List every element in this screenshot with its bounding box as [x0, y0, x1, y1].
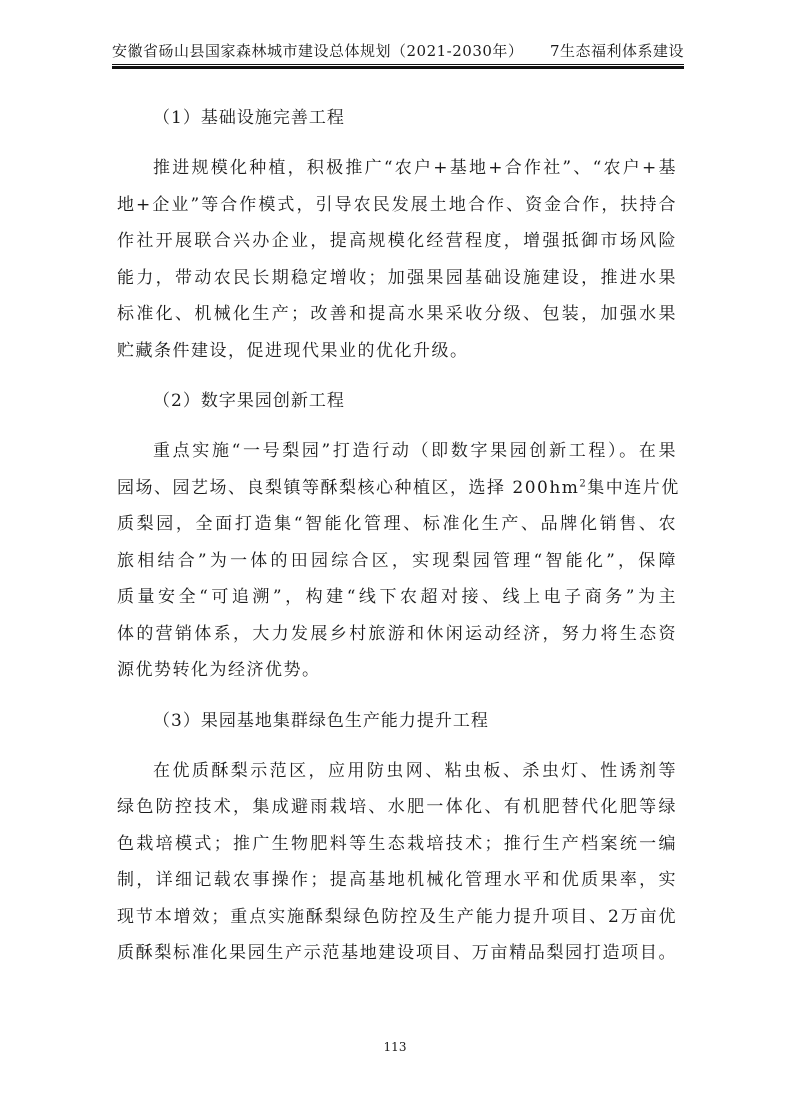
page-number: 113: [0, 1040, 790, 1054]
paragraph-line: 体的营销体系，大力发展乡村旅游和休闲运动经济，努力将生态资: [117, 616, 677, 653]
line-text-tail: 集中连片优: [587, 478, 680, 498]
paragraph-line: 旅相结合”为一体的田园综合区，实现梨园管理“智能化”，保障: [117, 543, 677, 580]
section-paragraph-2: 重点实施“一号梨园”打造行动（即数字果园创新工程）。在果 园场、园艺场、良梨镇等…: [117, 433, 677, 689]
document-title: 安徽省砀山县国家森林城市建设总体规划（2021-2030年）: [112, 40, 523, 62]
paragraph-line: 质酥梨标准化果园生产示范基地建设项目、万亩精品梨园打造项目。: [117, 935, 677, 972]
header-rule-thin: [112, 64, 684, 65]
chapter-title: 7生态福利体系建设: [550, 40, 684, 62]
line-text: 园场、园艺场、良梨镇等酥梨核心种植区，选择 200hm: [117, 478, 579, 498]
paragraph-line: 地+企业”等合作模式，引导农民发展土地合作、资金合作，扶持合: [117, 187, 677, 224]
section-heading-1: （1）基础设施完善工程: [117, 100, 677, 136]
paragraph-line: 贮藏条件建设，促进现代果业的优化升级。: [117, 333, 677, 370]
paragraph-line: 作社开展联合兴办企业，提高规模化经营程度，增强抵御市场风险: [117, 223, 677, 260]
section-heading-2: （2）数字果园创新工程: [117, 383, 677, 419]
paragraph-line-with-superscript: 园场、园艺场、良梨镇等酥梨核心种植区，选择 200hm2集中连片优: [117, 470, 677, 507]
section-paragraph-3: 在优质酥梨示范区，应用防虫网、粘虫板、杀虫灯、性诱剂等 绿色防控技术，集成避雨栽…: [117, 753, 677, 972]
paragraph-line: 色栽培模式；推广生物肥料等生态栽培技术；推行生产档案统一编: [117, 826, 677, 863]
paragraph-line: 现节本增效；重点实施酥梨绿色防控及生产能力提升项目、2万亩优: [117, 899, 677, 936]
paragraph-line: 绿色防控技术，集成避雨栽培、水肥一体化、有机肥替代化肥等绿: [117, 789, 677, 826]
section-heading-3: （3）果园基地集群绿色生产能力提升工程: [117, 703, 677, 739]
paragraph-line: 质量安全“可追溯”，构建“线下农超对接、线上电子商务”为主: [117, 579, 677, 616]
document-body: （1）基础设施完善工程 推进规模化种植，积极推广“农户+基地+合作社”、“农户+…: [117, 100, 677, 986]
paragraph-line: 标准化、机械化生产；改善和提高水果采收分级、包装，加强水果: [117, 296, 677, 333]
paragraph-line: 能力，带动农民长期稳定增收；加强果园基础设施建设，推进水果: [117, 260, 677, 297]
paragraph-line: 源优势转化为经济优势。: [117, 652, 677, 689]
paragraph-line: 制，详细记载农事操作；提高基地机械化管理水平和优质果率，实: [117, 862, 677, 899]
paragraph-line: 重点实施“一号梨园”打造行动（即数字果园创新工程）。在果: [117, 433, 677, 470]
paragraph-line: 推进规模化种植，积极推广“农户+基地+合作社”、“农户+基: [117, 150, 677, 187]
paragraph-line: 质梨园，全面打造集“智能化管理、标准化生产、品牌化销售、农: [117, 506, 677, 543]
section-paragraph-1: 推进规模化种植，积极推广“农户+基地+合作社”、“农户+基 地+企业”等合作模式…: [117, 150, 677, 369]
header-rule-thick: [112, 66, 684, 69]
paragraph-line: 在优质酥梨示范区，应用防虫网、粘虫板、杀虫灯、性诱剂等: [117, 753, 677, 790]
page-header: 安徽省砀山县国家森林城市建设总体规划（2021-2030年） 7生态福利体系建设: [112, 40, 684, 62]
